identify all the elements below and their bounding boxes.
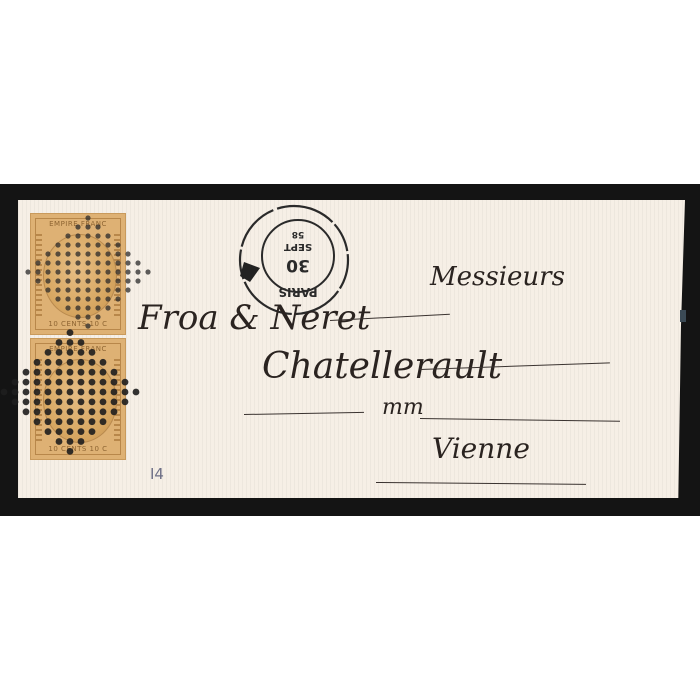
cover-fold-shadow [680,310,686,322]
pencil-note: I4 [150,465,164,483]
postmark-day: 30 [286,255,310,275]
postmark-year: 58 [292,229,305,239]
address-department: Vienne [432,432,530,465]
emperor-portrait [43,234,117,318]
postmark-month: SEPT [284,241,312,252]
stamp-border-pattern [36,232,42,316]
postmark-town: PARIS [278,285,317,299]
stamp-top-text: EMPIRE FRANC [31,345,125,353]
address-name: Froa & Neret [138,298,370,338]
stamp-border-pattern [36,357,42,441]
stamp-upper: EMPIRE FRANC 10 CENTS 10 C [30,213,126,335]
address-flourish: mm [382,395,424,420]
address-salutation: Messieurs [430,262,565,292]
stamp-bottom-text: 10 CENTS 10 C [31,445,125,453]
stamp-lower: EMPIRE FRANC 10 CENTS 10 C [30,338,126,460]
stamp-top-text: EMPIRE FRANC [31,220,125,228]
stamp-bottom-text: 10 CENTS 10 C [31,320,125,328]
emperor-portrait [43,359,117,443]
